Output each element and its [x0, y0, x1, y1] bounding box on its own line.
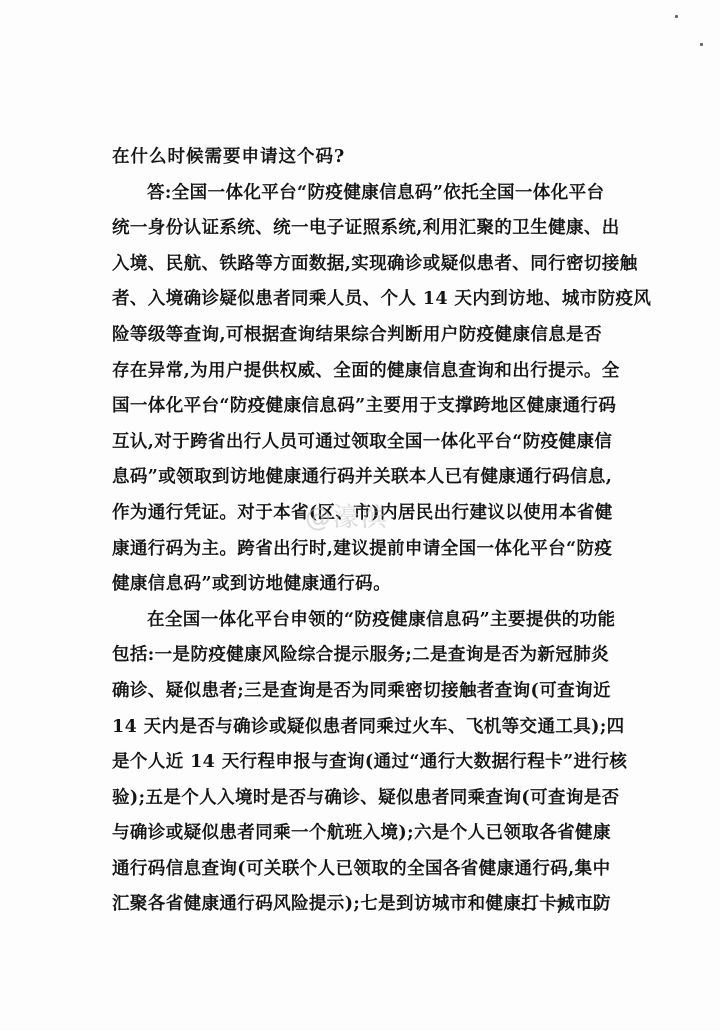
text-line: 存在异常,为用户提供权威、全面的健康信息查询和出行提示。全	[112, 354, 602, 390]
document-page: 在什么时候需要申请这个码? 答:全国一体化平台“防疫健康信息码”依托全国一体化平…	[0, 0, 720, 1031]
text-line: 健康信息码”或到访地健康通行码。	[112, 567, 602, 603]
text-line: 统一身份认证系统、统一电子证照系统,利用汇聚的卫生健康、出	[112, 211, 602, 247]
text-line: 通行码信息查询(可关联个人已领取的全国各省健康通行码,集中	[112, 852, 602, 888]
text-line: 互认,对于跨省出行人员可通过领取全国一体化平台“防疫健康信	[112, 425, 602, 461]
question-heading: 在什么时候需要申请这个码?	[112, 140, 602, 176]
text-line: 包括:一是防疫健康风险综合提示服务;二是查询是否为新冠肺炎	[112, 638, 602, 674]
page-number: — 7 —	[520, 898, 606, 918]
text-line: 作为通行凭证。对于本省(区、市)内居民出行建议以使用本省健	[112, 496, 602, 532]
text-line: 14 天内是否与确诊或疑似患者同乘过火车、飞机等交通工具);四	[112, 710, 602, 746]
text-line: 在全国一体化平台申领的“防疫健康信息码”主要提供的功能	[112, 603, 602, 639]
scan-speck	[700, 43, 703, 46]
text-line: 与确诊或疑似患者同乘一个航班入境);六是个人已领取各省健康	[112, 816, 602, 852]
text-line: 息码”或领取到访地健康通行码并关联本人已有健康通行码信息,	[112, 460, 602, 496]
scan-speck	[675, 15, 678, 18]
text-line: 验);五是个人入境时是否与确诊、疑似患者同乘查询(可查询是否	[112, 781, 602, 817]
body-text: 在什么时候需要申请这个码? 答:全国一体化平台“防疫健康信息码”依托全国一体化平…	[112, 140, 602, 923]
text-line: 者、入境确诊疑似患者同乘人员、个人 14 天内到访地、城市防疫风	[112, 282, 602, 318]
text-line: 确诊、疑似患者;三是查询是否为同乘密切接触者查询(可查询近	[112, 674, 602, 710]
text-line: 国一体化平台“防疫健康信息码”主要用于支撑跨地区健康通行码	[112, 389, 602, 425]
text-line: 康通行码为主。跨省出行时,建议提前申请全国一体化平台“防疫	[112, 532, 602, 568]
text-line: 答:全国一体化平台“防疫健康信息码”依托全国一体化平台	[112, 176, 602, 212]
text-line: 入境、民航、铁路等方面数据,实现确诊或疑似患者、同行密切接触	[112, 247, 602, 283]
text-line: 险等级等查询,可根据查询结果综合判断用户防疫健康信息是否	[112, 318, 602, 354]
text-line: 是个人近 14 天行程申报与查询(通过“通行大数据行程卡”进行核	[112, 745, 602, 781]
